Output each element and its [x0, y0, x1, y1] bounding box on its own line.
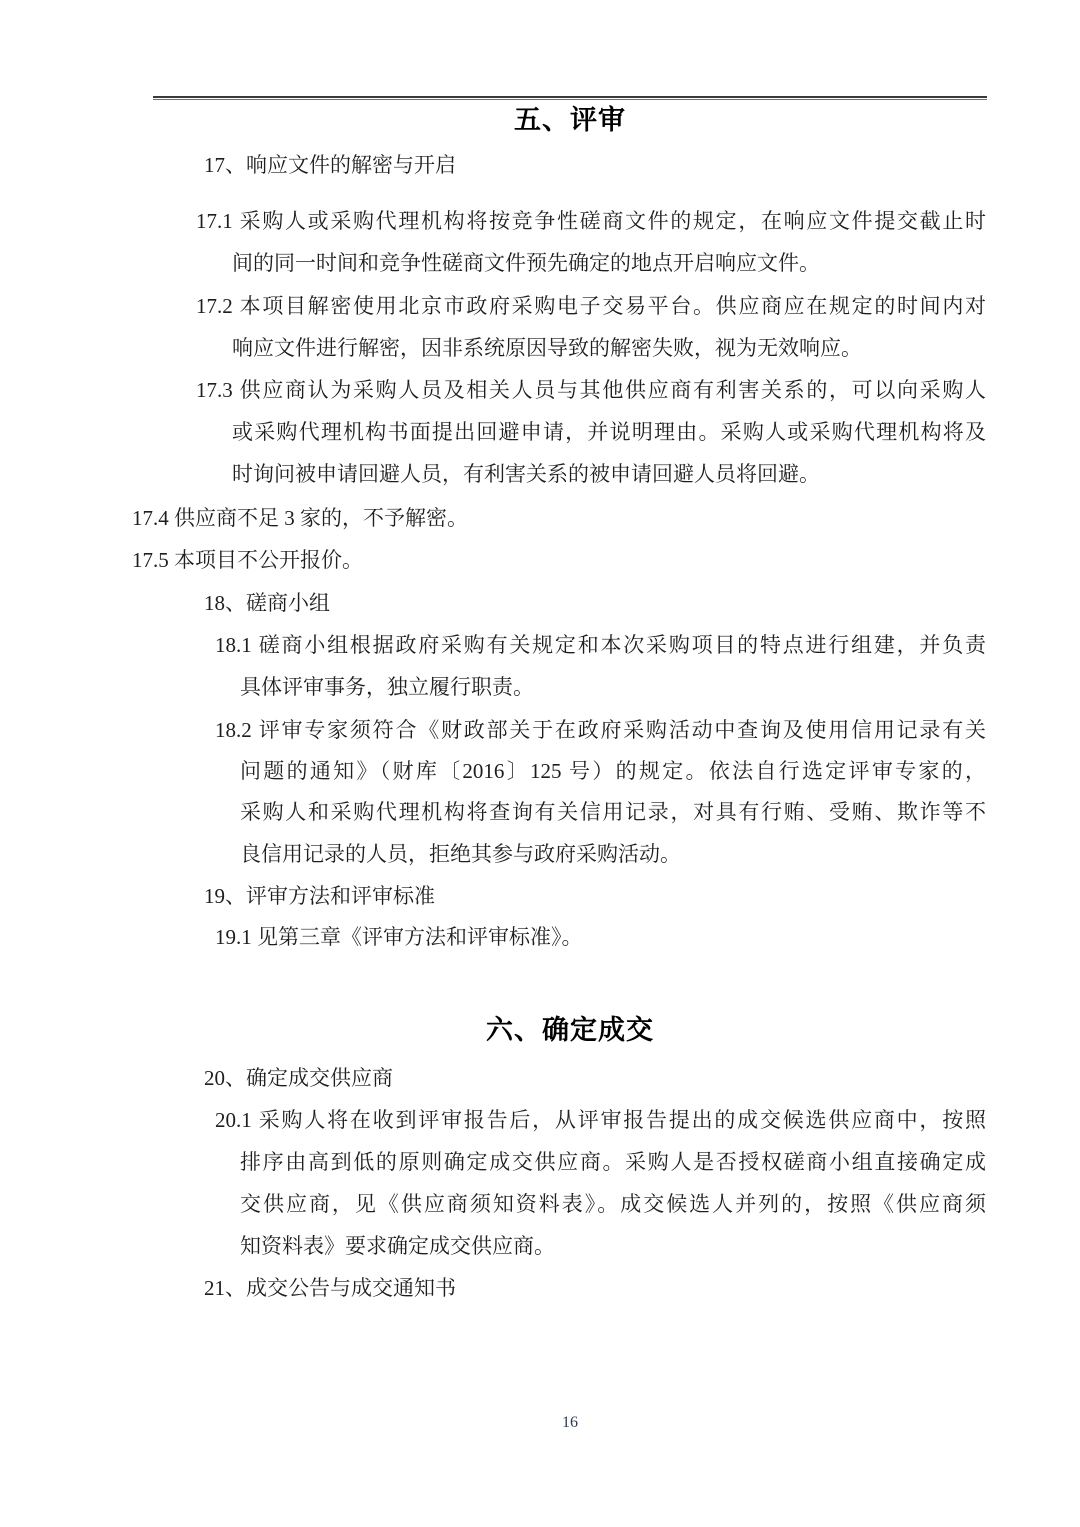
- clause-20-1-line4: 知资料表》要求确定成交供应商。: [240, 1231, 555, 1261]
- clause-17-5: 17.5 本项目不公开报价。: [132, 545, 363, 575]
- clause-20-1-line1: 20.1 采购人将在收到评审报告后，从评审报告提出的成交候选供应商中，按照: [215, 1105, 986, 1135]
- clause-18-2-line2: 问题的通知》（财库〔2016〕125 号）的规定。依法自行选定评审专家的，: [240, 756, 986, 786]
- clause-17-4: 17.4 供应商不足 3 家的，不予解密。: [132, 503, 468, 533]
- clause-17-3-line2: 或采购代理机构书面提出回避申请，并说明理由。采购人或采购代理机构将及: [232, 417, 986, 447]
- clause-18-1-line2: 具体评审事务，独立履行职责。: [240, 672, 534, 702]
- clause-17-3-line3: 时询问被申请回避人员，有利害关系的被申请回避人员将回避。: [232, 459, 820, 489]
- clause-17-2-line2: 响应文件进行解密，因非系统原因导致的解密失败，视为无效响应。: [232, 333, 862, 363]
- clause-17-3-line1: 17.3 供应商认为采购人员及相关人员与其他供应商有利害关系的，可以向采购人: [196, 375, 986, 405]
- clause-20-1-line3: 交供应商，见《供应商须知资料表》。成交候选人并列的，按照《供应商须: [240, 1189, 986, 1219]
- clause-17-2-line1: 17.2 本项目解密使用北京市政府采购电子交易平台。供应商应在规定的时间内对: [196, 291, 986, 321]
- clause-21-heading: 21、成交公告与成交通知书: [204, 1273, 456, 1303]
- clause-17-1-line1: 17.1 采购人或采购代理机构将按竞争性磋商文件的规定，在响应文件提交截止时: [196, 206, 986, 236]
- document-page: 五、评审 17、响应文件的解密与开启 17.1 采购人或采购代理机构将按竞争性磋…: [0, 0, 1080, 1527]
- clause-20-1-line2: 排序由高到低的原则确定成交供应商。采购人是否授权磋商小组直接确定成: [240, 1147, 986, 1177]
- section-5-title: 五、评审: [153, 104, 987, 136]
- clause-17-1-line2: 间的同一时间和竞争性磋商文件预先确定的地点开启响应文件。: [232, 248, 820, 278]
- page-number: 16: [153, 1414, 987, 1432]
- clause-17-heading: 17、响应文件的解密与开启: [204, 150, 456, 180]
- clause-18-heading: 18、磋商小组: [204, 588, 330, 618]
- section-6-title: 六、确定成交: [153, 1014, 987, 1046]
- clause-19-heading: 19、评审方法和评审标准: [204, 881, 435, 911]
- clause-18-2-line1: 18.2 评审专家须符合《财政部关于在政府采购活动中查询及使用信用记录有关: [215, 715, 986, 745]
- clause-18-2-line4: 良信用记录的人员，拒绝其参与政府采购活动。: [240, 839, 681, 869]
- clause-19-1: 19.1 见第三章《评审方法和评审标准》。: [215, 922, 583, 952]
- clause-18-1-line1: 18.1 磋商小组根据政府采购有关规定和本次采购项目的特点进行组建，并负责: [215, 630, 986, 660]
- clause-18-2-line3: 采购人和采购代理机构将查询有关信用记录，对具有行贿、受贿、欺诈等不: [240, 797, 986, 827]
- header-rule: [153, 96, 987, 100]
- clause-20-heading: 20、确定成交供应商: [204, 1063, 393, 1093]
